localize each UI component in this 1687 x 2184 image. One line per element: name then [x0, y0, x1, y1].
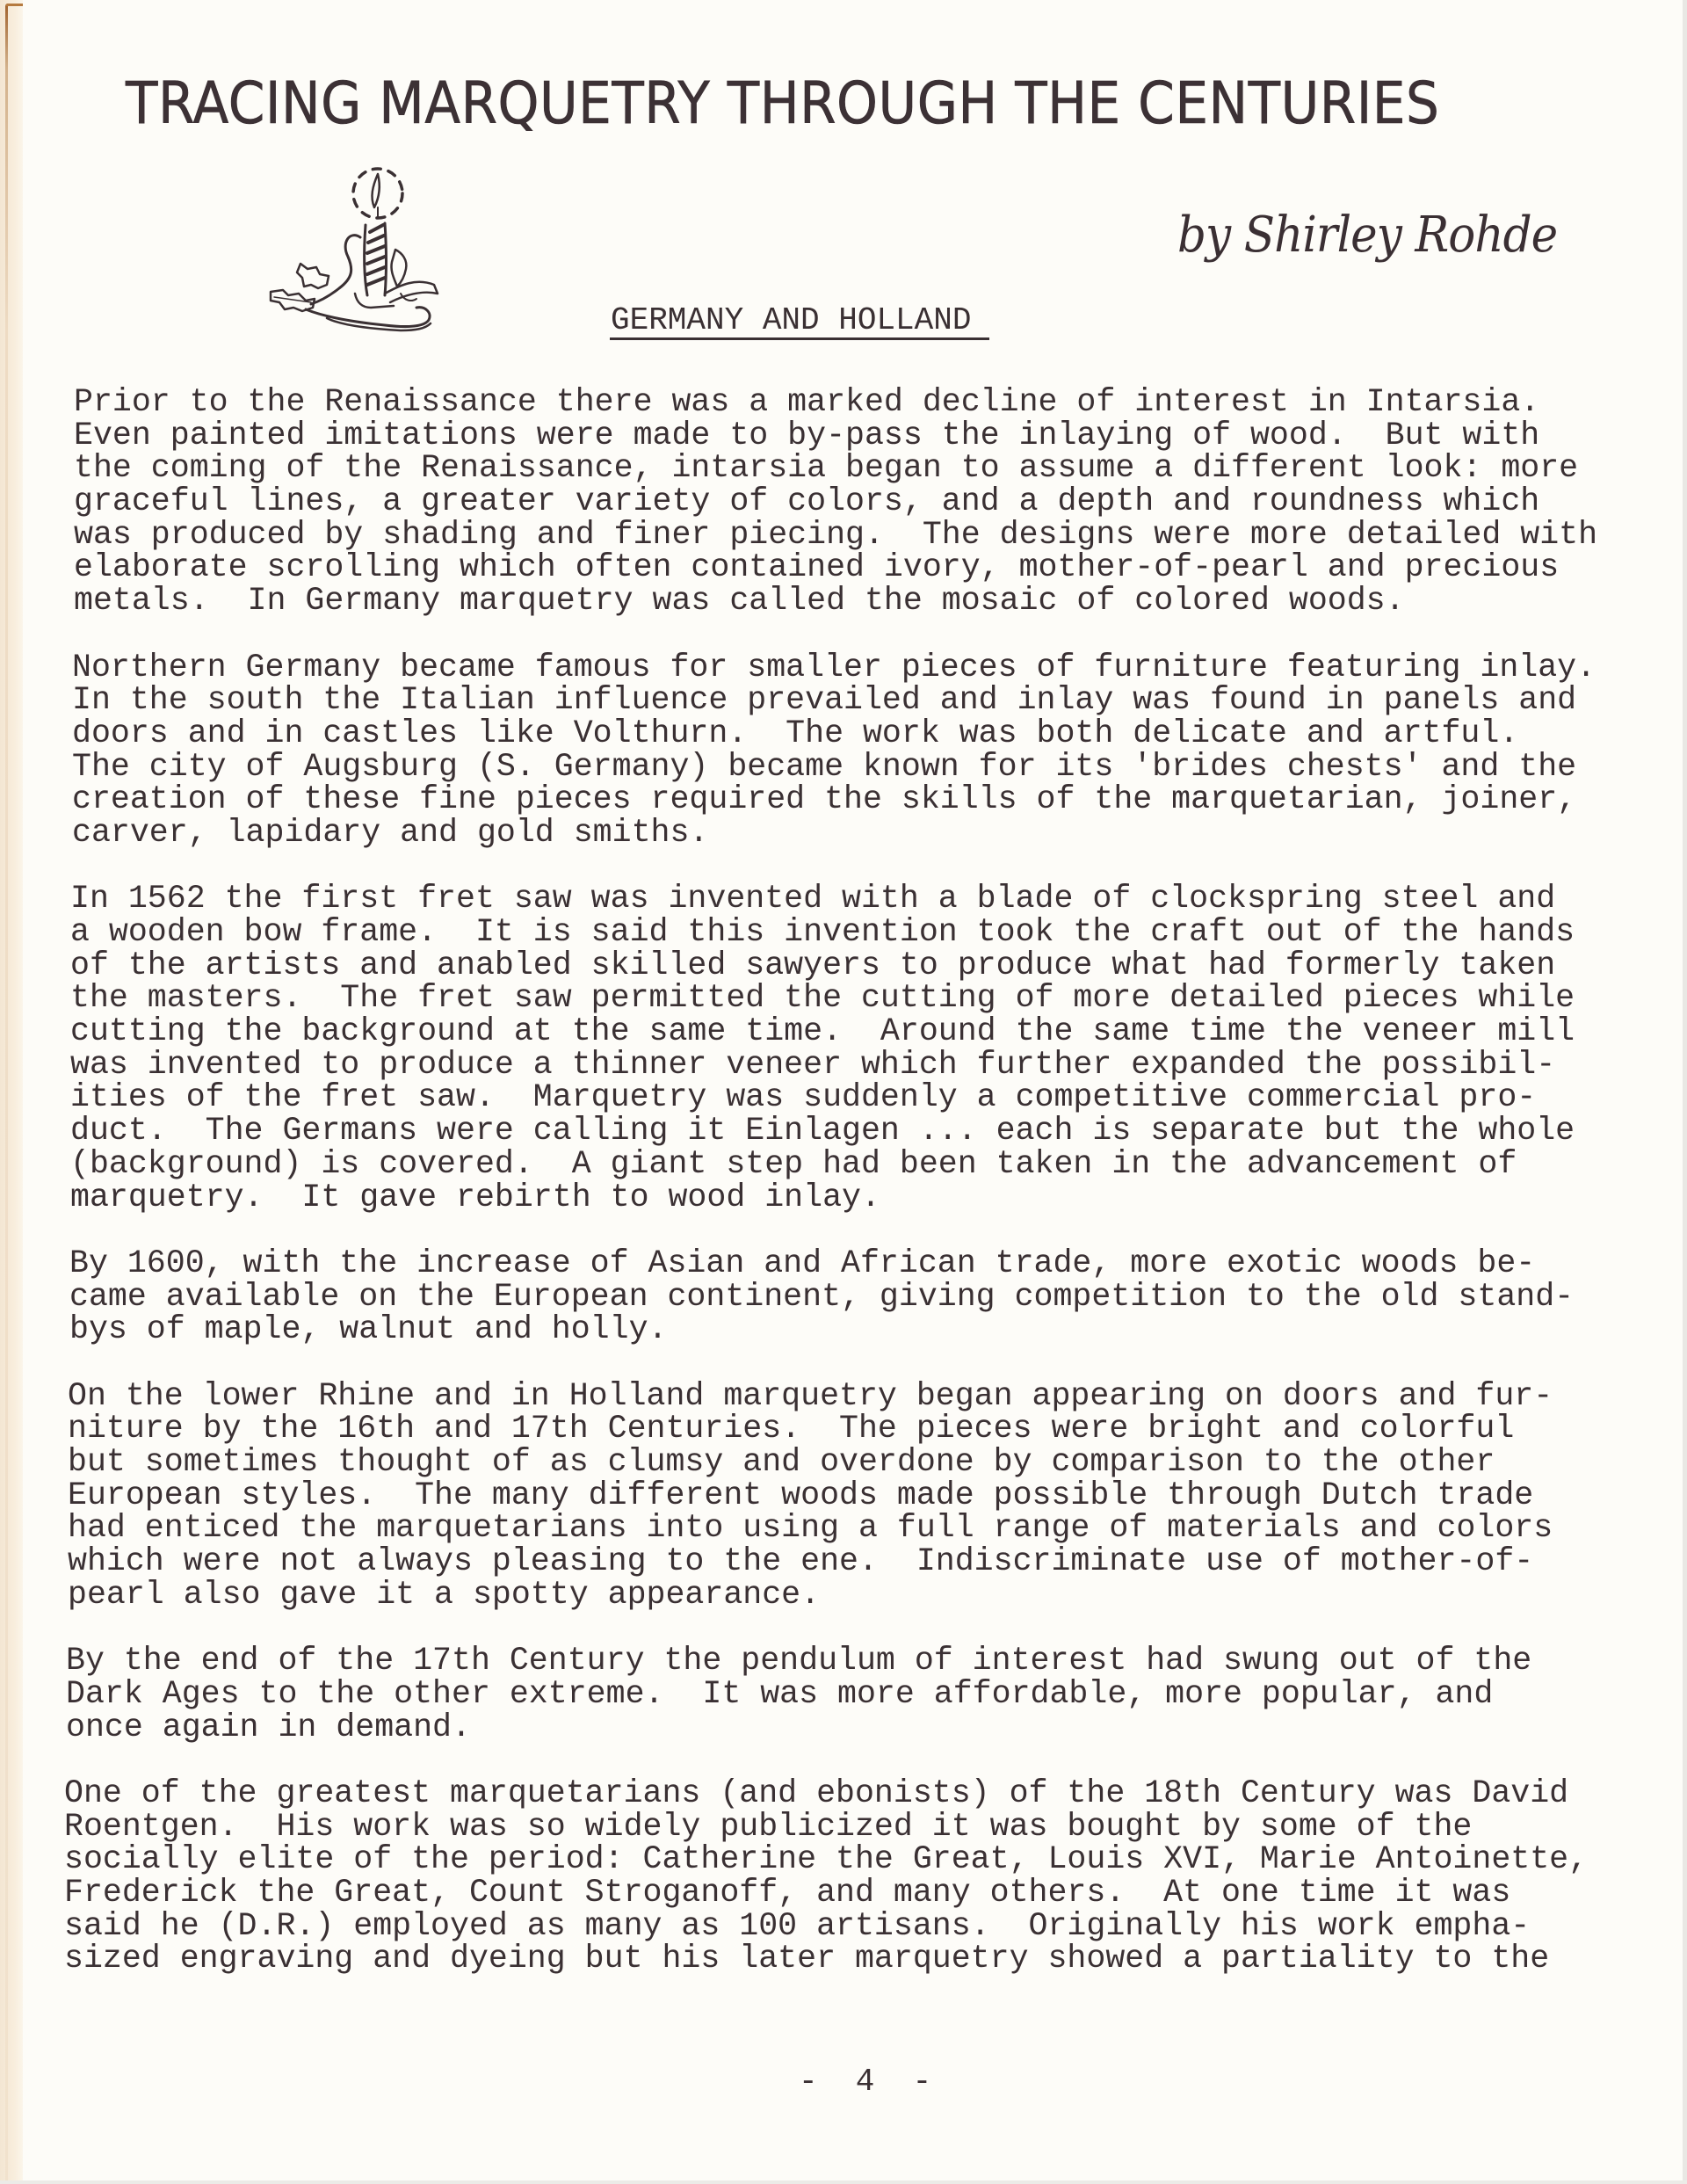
text-line: In the south the Italian influence preva…: [72, 684, 1673, 717]
text-line: Roentgen. His work was so widely publici…: [64, 1810, 1673, 1844]
page-edge-line: [5, 4, 8, 2184]
text-line: socially elite of the period: Catherine …: [64, 1843, 1673, 1876]
text-line: elaborate scrolling which often containe…: [74, 551, 1673, 584]
text-line: Prior to the Renaissance there was a mar…: [74, 386, 1673, 419]
text-line: of the artists and anabled skilled sawye…: [70, 949, 1673, 983]
text-line: was produced by shading and finer piecin…: [74, 519, 1673, 552]
text-line: One of the greatest marquetarians (and e…: [64, 1777, 1673, 1810]
text-line: carver, lapidary and gold smiths.: [72, 816, 1673, 850]
text-line: pearl also gave it a spotty appearance.: [68, 1578, 1673, 1612]
text-line: In 1562 the first fret saw was invented …: [70, 882, 1673, 916]
text-line: Even painted imitations were made to by-…: [74, 419, 1673, 453]
text-line: By the end of the 17th Century the pendu…: [66, 1644, 1673, 1678]
paragraph: By 1600, with the increase of Asian and …: [69, 1247, 1673, 1346]
text-line: once again in demand.: [66, 1711, 1673, 1745]
text-line: a wooden bow frame. It is said this inve…: [70, 916, 1673, 949]
text-line: sized engraving and dyeing but his later…: [64, 1942, 1673, 1976]
scan-edge-right: [1683, 0, 1687, 2184]
text-line: cutting the background at the same time.…: [70, 1015, 1673, 1048]
text-line: Dark Ages to the other extreme. It was m…: [66, 1678, 1673, 1711]
text-line: bys of maple, walnut and holly.: [69, 1313, 1673, 1346]
paragraph: By the end of the 17th Century the pendu…: [66, 1644, 1673, 1744]
text-line: metals. In Germany marquetry was called …: [74, 584, 1673, 618]
text-line: (background) is covered. A giant step ha…: [70, 1148, 1673, 1181]
text-line: The city of Augsburg (S. Germany) became…: [72, 751, 1673, 784]
paragraph: Prior to the Renaissance there was a mar…: [74, 386, 1673, 618]
text-line: which were not always pleasing to the en…: [68, 1545, 1673, 1578]
page-number: - 4 -: [799, 2064, 931, 2100]
text-line: Frederick the Great, Count Stroganoff, a…: [64, 1876, 1673, 1910]
text-line: By 1600, with the increase of Asian and …: [69, 1247, 1673, 1281]
article-title: TRACING MARQUETRY THROUGH THE CENTURIES: [126, 69, 1414, 139]
text-line: the coming of the Renaissance, intarsia …: [74, 452, 1673, 485]
text-line: came available on the European continent…: [69, 1281, 1673, 1314]
text-line: duct. The Germans were calling it Einlag…: [70, 1114, 1673, 1148]
text-line: graceful lines, a greater variety of col…: [74, 485, 1673, 519]
section-heading: GERMANY AND HOLLAND: [611, 303, 971, 338]
text-line: ities of the fret saw. Marquetry was sud…: [70, 1081, 1673, 1114]
paragraph: Northern Germany became famous for small…: [72, 651, 1673, 850]
page-edge-strip: [0, 0, 23, 2184]
text-line: but sometimes thought of as clumsy and o…: [68, 1446, 1673, 1479]
paragraph: On the lower Rhine and in Holland marque…: [68, 1380, 1673, 1612]
text-line: creation of these fine pieces required t…: [72, 783, 1673, 816]
paragraph: In 1562 the first fret saw was invented …: [70, 882, 1673, 1214]
text-line: was invented to produce a thinner veneer…: [70, 1048, 1673, 1082]
author-byline: by Shirley Rohde: [1177, 200, 1557, 271]
scan-edge-bottom: [0, 2180, 1687, 2184]
section-heading-underline: [610, 337, 989, 340]
paragraph: One of the greatest marquetarians (and e…: [64, 1777, 1673, 1976]
text-line: doors and in castles like Volthurn. The …: [72, 717, 1673, 751]
article-body: Prior to the Renaissance there was a mar…: [74, 386, 1673, 2009]
page-edge-corner: [5, 4, 23, 6]
text-line: marquetry. It gave rebirth to wood inlay…: [70, 1181, 1673, 1215]
text-line: Northern Germany became famous for small…: [72, 651, 1673, 685]
text-line: had enticed the marquetarians into using…: [68, 1512, 1673, 1545]
text-line: On the lower Rhine and in Holland marque…: [68, 1380, 1673, 1413]
candle-with-holly-icon: [253, 162, 455, 337]
text-line: the masters. The fret saw permitted the …: [70, 982, 1673, 1015]
text-line: niture by the 16th and 17th Centuries. T…: [68, 1412, 1673, 1446]
text-line: European styles. The many different wood…: [68, 1479, 1673, 1513]
text-line: said he (D.R.) employed as many as 100 a…: [64, 1910, 1673, 1943]
